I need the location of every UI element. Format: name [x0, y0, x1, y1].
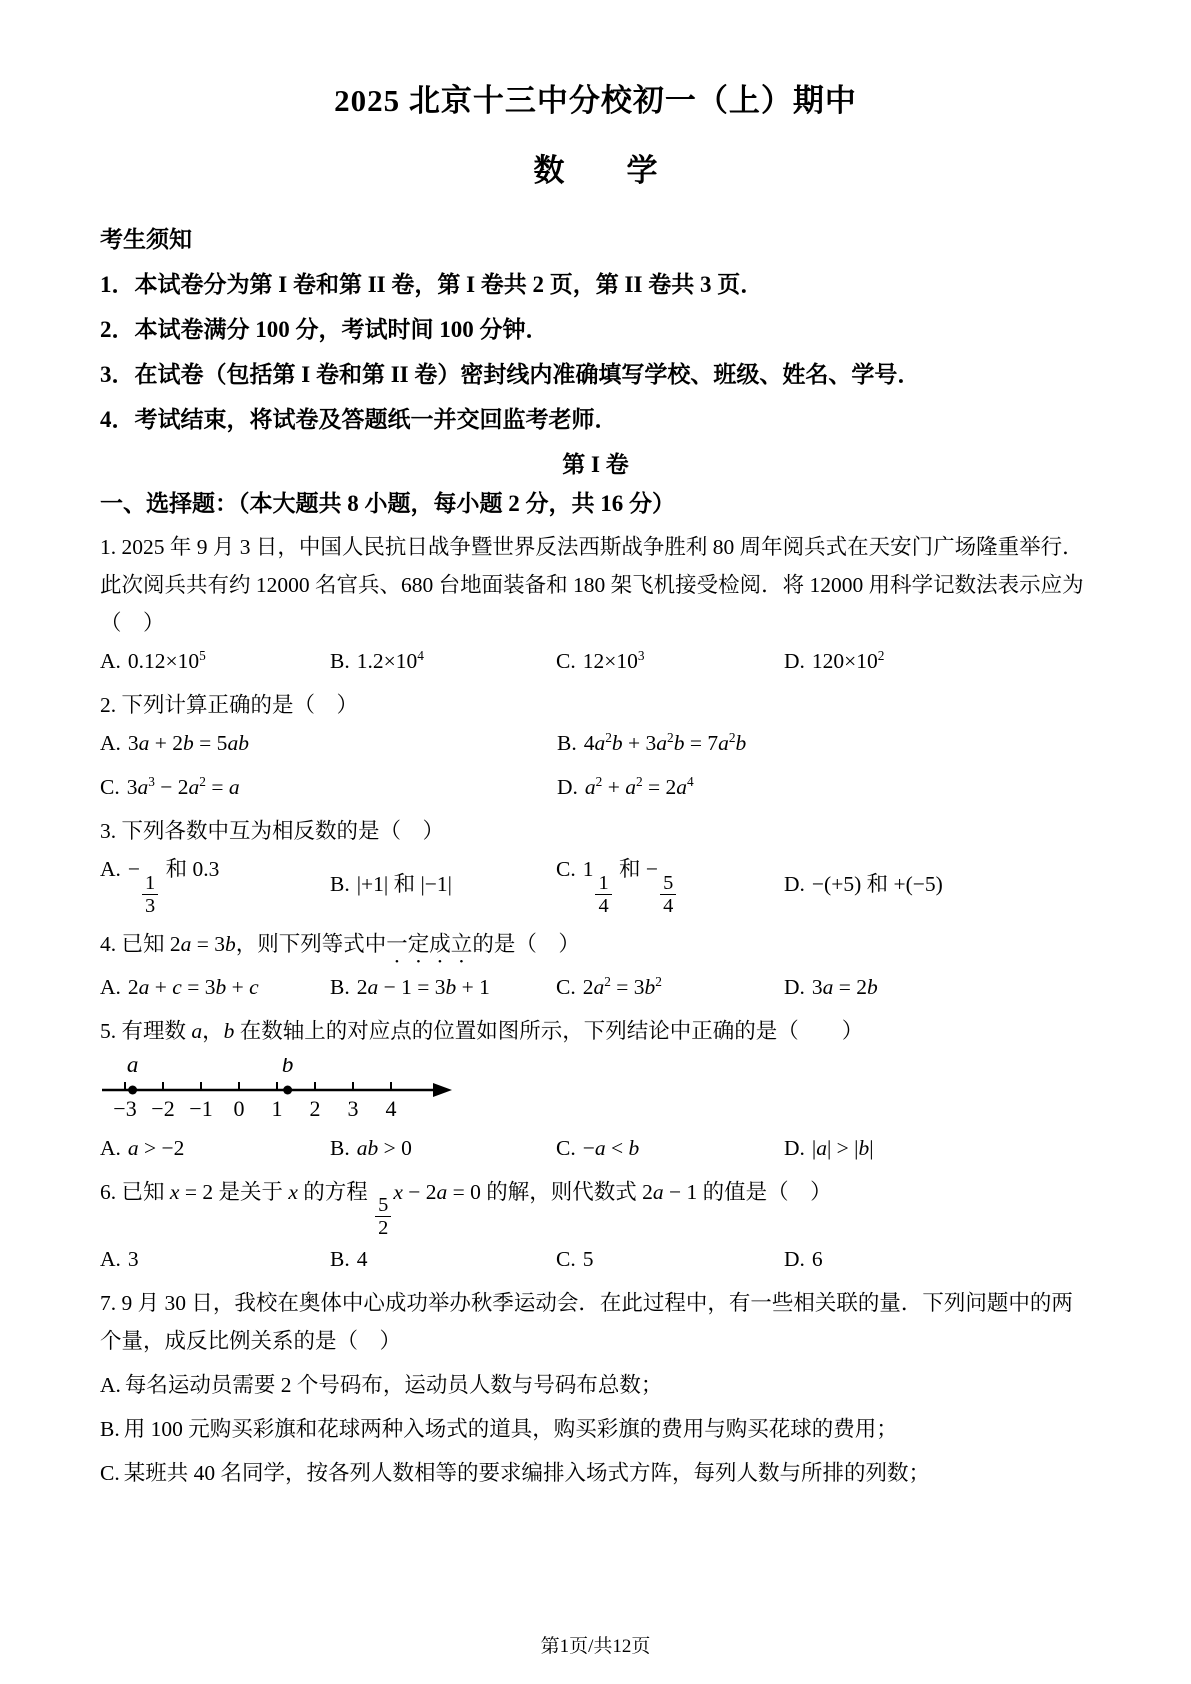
tick-label: −3 [113, 1096, 136, 1121]
option-label: D. [784, 1136, 805, 1160]
q6-option-b: B.4 [330, 1242, 556, 1276]
option-value: −a < b [583, 1136, 640, 1160]
option-value: −13 和 0.3 [128, 857, 219, 881]
option-value: 3a = 2b [812, 975, 878, 999]
option-value: 3a + 2b = 5ab [128, 731, 249, 755]
option-label: D. [784, 872, 805, 896]
q7-option-b: B.用 100 元购买彩旗和花球两种入场式的道具，购买彩旗的费用与购买花球的费用… [100, 1410, 1091, 1448]
option-label: D. [557, 775, 578, 799]
q5-options: A.a > −2 B.ab > 0 C.−a < b D.|a| > |b| [100, 1131, 1091, 1165]
page-title: 2025 北京十三中分校初一（上）期中 [100, 0, 1091, 120]
option-label: D. [784, 649, 805, 673]
numberline-svg: −3−2−101234 ab [100, 1058, 530, 1124]
tick-label: 4 [386, 1096, 397, 1121]
option-label: B. [100, 1417, 120, 1441]
option-value: 每名运动员需要 2 个号码布，运动员人数与号码布总数； [125, 1373, 663, 1397]
q2-stem: 2. 下列计算正确的是（ ） [100, 686, 1091, 724]
option-value: 6 [812, 1247, 823, 1271]
option-label: C. [100, 1461, 120, 1485]
tick-label: −1 [189, 1096, 212, 1121]
notice-heading: 考生须知 [100, 224, 1091, 256]
option-label: C. [556, 975, 576, 999]
q4-option-a: A.2a + c = 3b + c [100, 970, 330, 1004]
numberline-figure: −3−2−101234 ab [100, 1058, 1091, 1129]
point-dot [283, 1085, 292, 1094]
subject-title: 数 学 [100, 152, 1091, 190]
option-label: D. [784, 1247, 805, 1271]
tick-label: 3 [348, 1096, 359, 1121]
option-value: 114 和 −54 [583, 857, 679, 881]
q3-option-b: B.|+1| 和 |−1| [330, 867, 556, 901]
option-value: 12×103 [583, 649, 645, 673]
q4-option-b: B.2a − 1 = 3b + 1 [330, 970, 556, 1004]
option-value: 3a3 − 2a2 = a [127, 775, 240, 799]
tick-label: −2 [151, 1096, 174, 1121]
option-label: B. [330, 975, 350, 999]
q5-option-b: B.ab > 0 [330, 1131, 556, 1165]
option-label: A. [100, 731, 121, 755]
notice-item-2: 2．本试卷满分 100 分，考试时间 100 分钟． [100, 314, 1091, 346]
option-label: B. [330, 1247, 350, 1271]
q3-stem: 3. 下列各数中互为相反数的是（ ） [100, 812, 1091, 850]
numberline-arrow-icon [433, 1083, 452, 1097]
q3-option-c: C.114 和 −54 [556, 852, 784, 917]
option-value: 120×102 [812, 649, 885, 673]
exam-page: 2025 北京十三中分校初一（上）期中 数 学 考生须知 1．本试卷分为第 I … [0, 0, 1191, 1492]
q1-option-a: A.0.12×105 [100, 644, 330, 678]
q5-option-a: A.a > −2 [100, 1131, 330, 1165]
q1-option-d: D.120×102 [784, 644, 1091, 678]
q6-options: A.3 B.4 C.5 D.6 [100, 1242, 1091, 1276]
option-label: C. [556, 857, 576, 881]
option-value: 5 [583, 1247, 594, 1271]
notice-item-1: 1．本试卷分为第 I 卷和第 II 卷，第 I 卷共 2 页，第 II 卷共 3… [100, 269, 1091, 301]
option-value: ab > 0 [357, 1136, 412, 1160]
q6-option-d: D.6 [784, 1242, 1091, 1276]
option-label: C. [100, 775, 120, 799]
option-value: −(+5) 和 +(−5) [812, 872, 943, 896]
option-value: 用 100 元购买彩旗和花球两种入场式的道具，购买彩旗的费用与购买花球的费用； [124, 1417, 898, 1441]
option-value: 4a2b + 3a2b = 7a2b [584, 731, 747, 755]
q6-stem: 6. 已知 x = 2 是关于 x 的方程 52x − 2a = 0 的解，则代… [100, 1173, 1091, 1240]
notice-item-3: 3．在试卷（包括第 I 卷和第 II 卷）密封线内准确填写学校、班级、姓名、学号… [100, 359, 1091, 391]
q1-stem: 1. 2025 年 9 月 3 日，中国人民抗日战争暨世界反法西斯战争胜利 80… [100, 528, 1091, 642]
q2-option-d: D.a2 + a2 = 2a4 [557, 770, 1091, 804]
section-heading: 一、选择题：（本大题共 8 小题，每小题 2 分，共 16 分） [100, 488, 1091, 520]
option-label: C. [556, 1136, 576, 1160]
option-value: 1.2×104 [357, 649, 424, 673]
q2-option-b: B.4a2b + 3a2b = 7a2b [557, 726, 1091, 760]
option-label: B. [330, 1136, 350, 1160]
q7-option-a: A.每名运动员需要 2 个号码布，运动员人数与号码布总数； [100, 1366, 1091, 1404]
option-value: 4 [357, 1247, 368, 1271]
option-label: B. [330, 872, 350, 896]
option-label: A. [100, 649, 121, 673]
point-label: b [282, 1058, 294, 1077]
option-value: |+1| 和 |−1| [357, 872, 452, 896]
numberline-ticks: −3−2−101234 [113, 1082, 396, 1121]
option-value: 3 [128, 1247, 139, 1271]
option-value: a2 + a2 = 2a4 [585, 775, 694, 799]
tick-label: 2 [310, 1096, 321, 1121]
q4-options: A.2a + c = 3b + c B.2a − 1 = 3b + 1 C.2a… [100, 970, 1091, 1004]
option-label: A. [100, 1247, 121, 1271]
option-label: B. [330, 649, 350, 673]
q6-option-c: C.5 [556, 1242, 784, 1276]
option-value: 2a2 = 3b2 [583, 975, 662, 999]
q4-stem: 4. 已知 2a = 3b，则下列等式中一定成立的是（ ） [100, 925, 1091, 968]
option-label: A. [100, 1136, 121, 1160]
option-label: C. [556, 649, 576, 673]
tick-label: 0 [234, 1096, 245, 1121]
point-label: a [127, 1058, 139, 1077]
option-value: 2a + c = 3b + c [128, 975, 259, 999]
option-value: |a| > |b| [812, 1136, 874, 1160]
q4-option-d: D.3a = 2b [784, 970, 1091, 1004]
tick-label: 1 [272, 1096, 283, 1121]
q1-option-b: B.1.2×104 [330, 644, 556, 678]
q2-option-c: C.3a3 − 2a2 = a [100, 770, 557, 804]
q5-option-d: D.|a| > |b| [784, 1131, 1091, 1165]
page-footer: 第1页/共12页 [0, 1631, 1191, 1658]
point-dot [128, 1085, 137, 1094]
volume-heading: 第 I 卷 [100, 449, 1091, 481]
q3-options: A.−13 和 0.3 B.|+1| 和 |−1| C.114 和 −54 D.… [100, 852, 1091, 917]
notice-item-4: 4．考试结束，将试卷及答题纸一并交回监考老师． [100, 404, 1091, 436]
q2-option-a: A.3a + 2b = 5ab [100, 726, 557, 760]
option-value: 某班共 40 名同学，按各列人数相等的要求编排入场式方阵，每列人数与所排的列数； [124, 1461, 930, 1485]
q1-options: A.0.12×105 B.1.2×104 C.12×103 D.120×102 [100, 644, 1091, 678]
option-label: A. [100, 1373, 121, 1397]
q7-stem: 7. 9 月 30 日，我校在奥体中心成功举办秋季运动会．在此过程中，有一些相关… [100, 1284, 1091, 1360]
option-label: B. [557, 731, 577, 755]
q7-option-c: C.某班共 40 名同学，按各列人数相等的要求编排入场式方阵，每列人数与所排的列… [100, 1454, 1091, 1492]
q4-option-c: C.2a2 = 3b2 [556, 970, 784, 1004]
q2-options: A.3a + 2b = 5ab B.4a2b + 3a2b = 7a2b C.3… [100, 726, 1091, 804]
option-label: C. [556, 1247, 576, 1271]
option-label: D. [784, 975, 805, 999]
option-value: 0.12×105 [128, 649, 206, 673]
option-label: A. [100, 975, 121, 999]
option-label: A. [100, 857, 121, 881]
q5-option-c: C.−a < b [556, 1131, 784, 1165]
q1-option-c: C.12×103 [556, 644, 784, 678]
q6-option-a: A.3 [100, 1242, 330, 1276]
option-value: a > −2 [128, 1136, 185, 1160]
q5-stem: 5. 有理数 a，b 在数轴上的对应点的位置如图所示，下列结论中正确的是（ ） [100, 1012, 1091, 1050]
q3-option-d: D.−(+5) 和 +(−5) [784, 867, 1091, 901]
q3-option-a: A.−13 和 0.3 [100, 852, 330, 917]
option-value: 2a − 1 = 3b + 1 [357, 975, 490, 999]
